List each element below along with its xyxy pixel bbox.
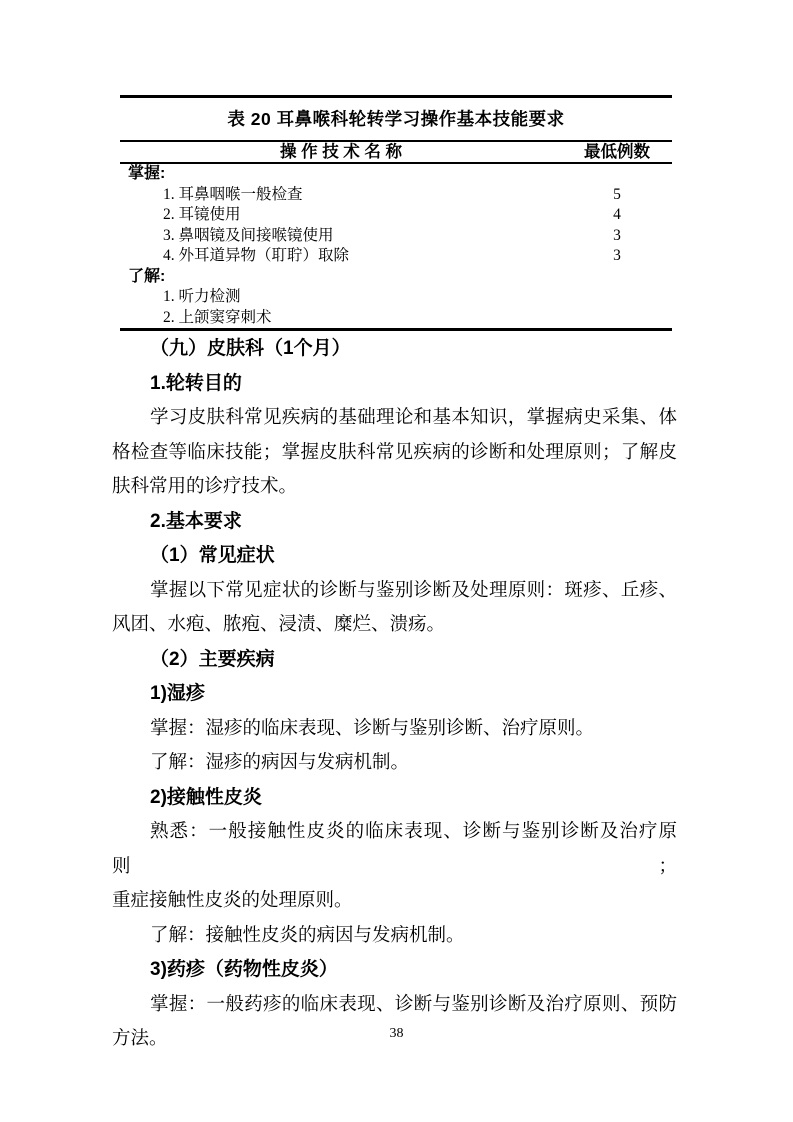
paragraph-line: 掌握以下常见症状的诊断与鉴别诊断及处理原则：斑疹、丘疹、 bbox=[112, 574, 677, 609]
row-label: 1. 耳鼻咽喉一般检查 bbox=[120, 185, 562, 206]
row-label: 1. 听力检测 bbox=[120, 287, 562, 308]
table-row: 4. 外耳道异物（耵聍）取除 3 bbox=[120, 246, 672, 267]
section-heading: （九）皮肤科（1个月） bbox=[112, 332, 677, 367]
paragraph-line: 风团、水疱、脓疱、浸渍、糜烂、溃疡。 bbox=[112, 608, 677, 643]
table-row: 掌握: bbox=[120, 164, 672, 185]
document-body: （九）皮肤科（1个月） 1.轮转目的 学习皮肤科常见疾病的基础理论和基本知识，掌… bbox=[112, 332, 677, 1057]
skills-table: 表 20 耳鼻喉科轮转学习操作基本技能要求 操 作 技 术 名 称 最低例数 掌… bbox=[120, 95, 672, 331]
row-label: 了解: bbox=[120, 267, 562, 288]
table-row: 了解: bbox=[120, 267, 672, 288]
page-number: 38 bbox=[0, 1026, 793, 1042]
paragraph-line: 熟悉：一般接触性皮炎的临床表现、诊断与鉴别诊断及治疗原则； bbox=[112, 815, 677, 884]
row-value: 5 bbox=[562, 185, 672, 206]
paragraph-line: 格检查等临床技能；掌握皮肤科常见疾病的诊断和处理原则；了解皮 bbox=[112, 436, 677, 471]
heading-basic-requirements: 2.基本要求 bbox=[112, 505, 677, 540]
row-label: 4. 外耳道异物（耵聍）取除 bbox=[120, 246, 562, 267]
table-row: 1. 听力检测 bbox=[120, 287, 672, 308]
heading-drug-eruption: 3)药疹（药物性皮炎） bbox=[112, 953, 677, 988]
row-label: 2. 耳镜使用 bbox=[120, 205, 562, 226]
column-header-min-cases: 最低例数 bbox=[562, 142, 672, 162]
paragraph-line: 重症接触性皮炎的处理原则。 bbox=[112, 884, 677, 919]
heading-contact-dermatitis: 2)接触性皮炎 bbox=[112, 781, 677, 816]
row-value bbox=[562, 267, 672, 288]
table-header-row: 操 作 技 术 名 称 最低例数 bbox=[120, 142, 672, 164]
row-value: 3 bbox=[562, 246, 672, 267]
row-value: 3 bbox=[562, 226, 672, 247]
row-value bbox=[562, 308, 672, 329]
heading-main-diseases: （2）主要疾病 bbox=[112, 643, 677, 678]
heading-eczema: 1)湿疹 bbox=[112, 677, 677, 712]
document-page: 表 20 耳鼻喉科轮转学习操作基本技能要求 操 作 技 术 名 称 最低例数 掌… bbox=[0, 0, 793, 1122]
heading-rotation-goal: 1.轮转目的 bbox=[112, 367, 677, 402]
paragraph-line: 肤科常用的诊疗技术。 bbox=[112, 470, 677, 505]
table-row: 3. 鼻咽镜及间接喉镜使用 3 bbox=[120, 226, 672, 247]
table-title: 表 20 耳鼻喉科轮转学习操作基本技能要求 bbox=[120, 98, 672, 142]
row-label: 掌握: bbox=[120, 164, 562, 185]
row-value: 4 bbox=[562, 205, 672, 226]
row-value bbox=[562, 287, 672, 308]
heading-common-symptoms: （1）常见症状 bbox=[112, 539, 677, 574]
table-body: 掌握: 1. 耳鼻咽喉一般检查 5 2. 耳镜使用 4 3. 鼻咽镜及间接喉镜使… bbox=[120, 164, 672, 328]
row-value bbox=[562, 164, 672, 185]
paragraph-line: 学习皮肤科常见疾病的基础理论和基本知识，掌握病史采集、体 bbox=[112, 401, 677, 436]
row-label: 3. 鼻咽镜及间接喉镜使用 bbox=[120, 226, 562, 247]
table-row: 2. 耳镜使用 4 bbox=[120, 205, 672, 226]
paragraph-line: 了解：湿疹的病因与发病机制。 bbox=[112, 746, 677, 781]
column-header-operation-name: 操 作 技 术 名 称 bbox=[120, 142, 562, 162]
row-label: 2. 上颌窦穿刺术 bbox=[120, 308, 562, 329]
table-row: 2. 上颌窦穿刺术 bbox=[120, 308, 672, 329]
table-row: 1. 耳鼻咽喉一般检查 5 bbox=[120, 185, 672, 206]
paragraph-line: 了解：接触性皮炎的病因与发病机制。 bbox=[112, 919, 677, 954]
paragraph-line: 掌握：湿疹的临床表现、诊断与鉴别诊断、治疗原则。 bbox=[112, 712, 677, 747]
paragraph-line: 掌握：一般药疹的临床表现、诊断与鉴别诊断及治疗原则、预防 bbox=[112, 988, 677, 1023]
